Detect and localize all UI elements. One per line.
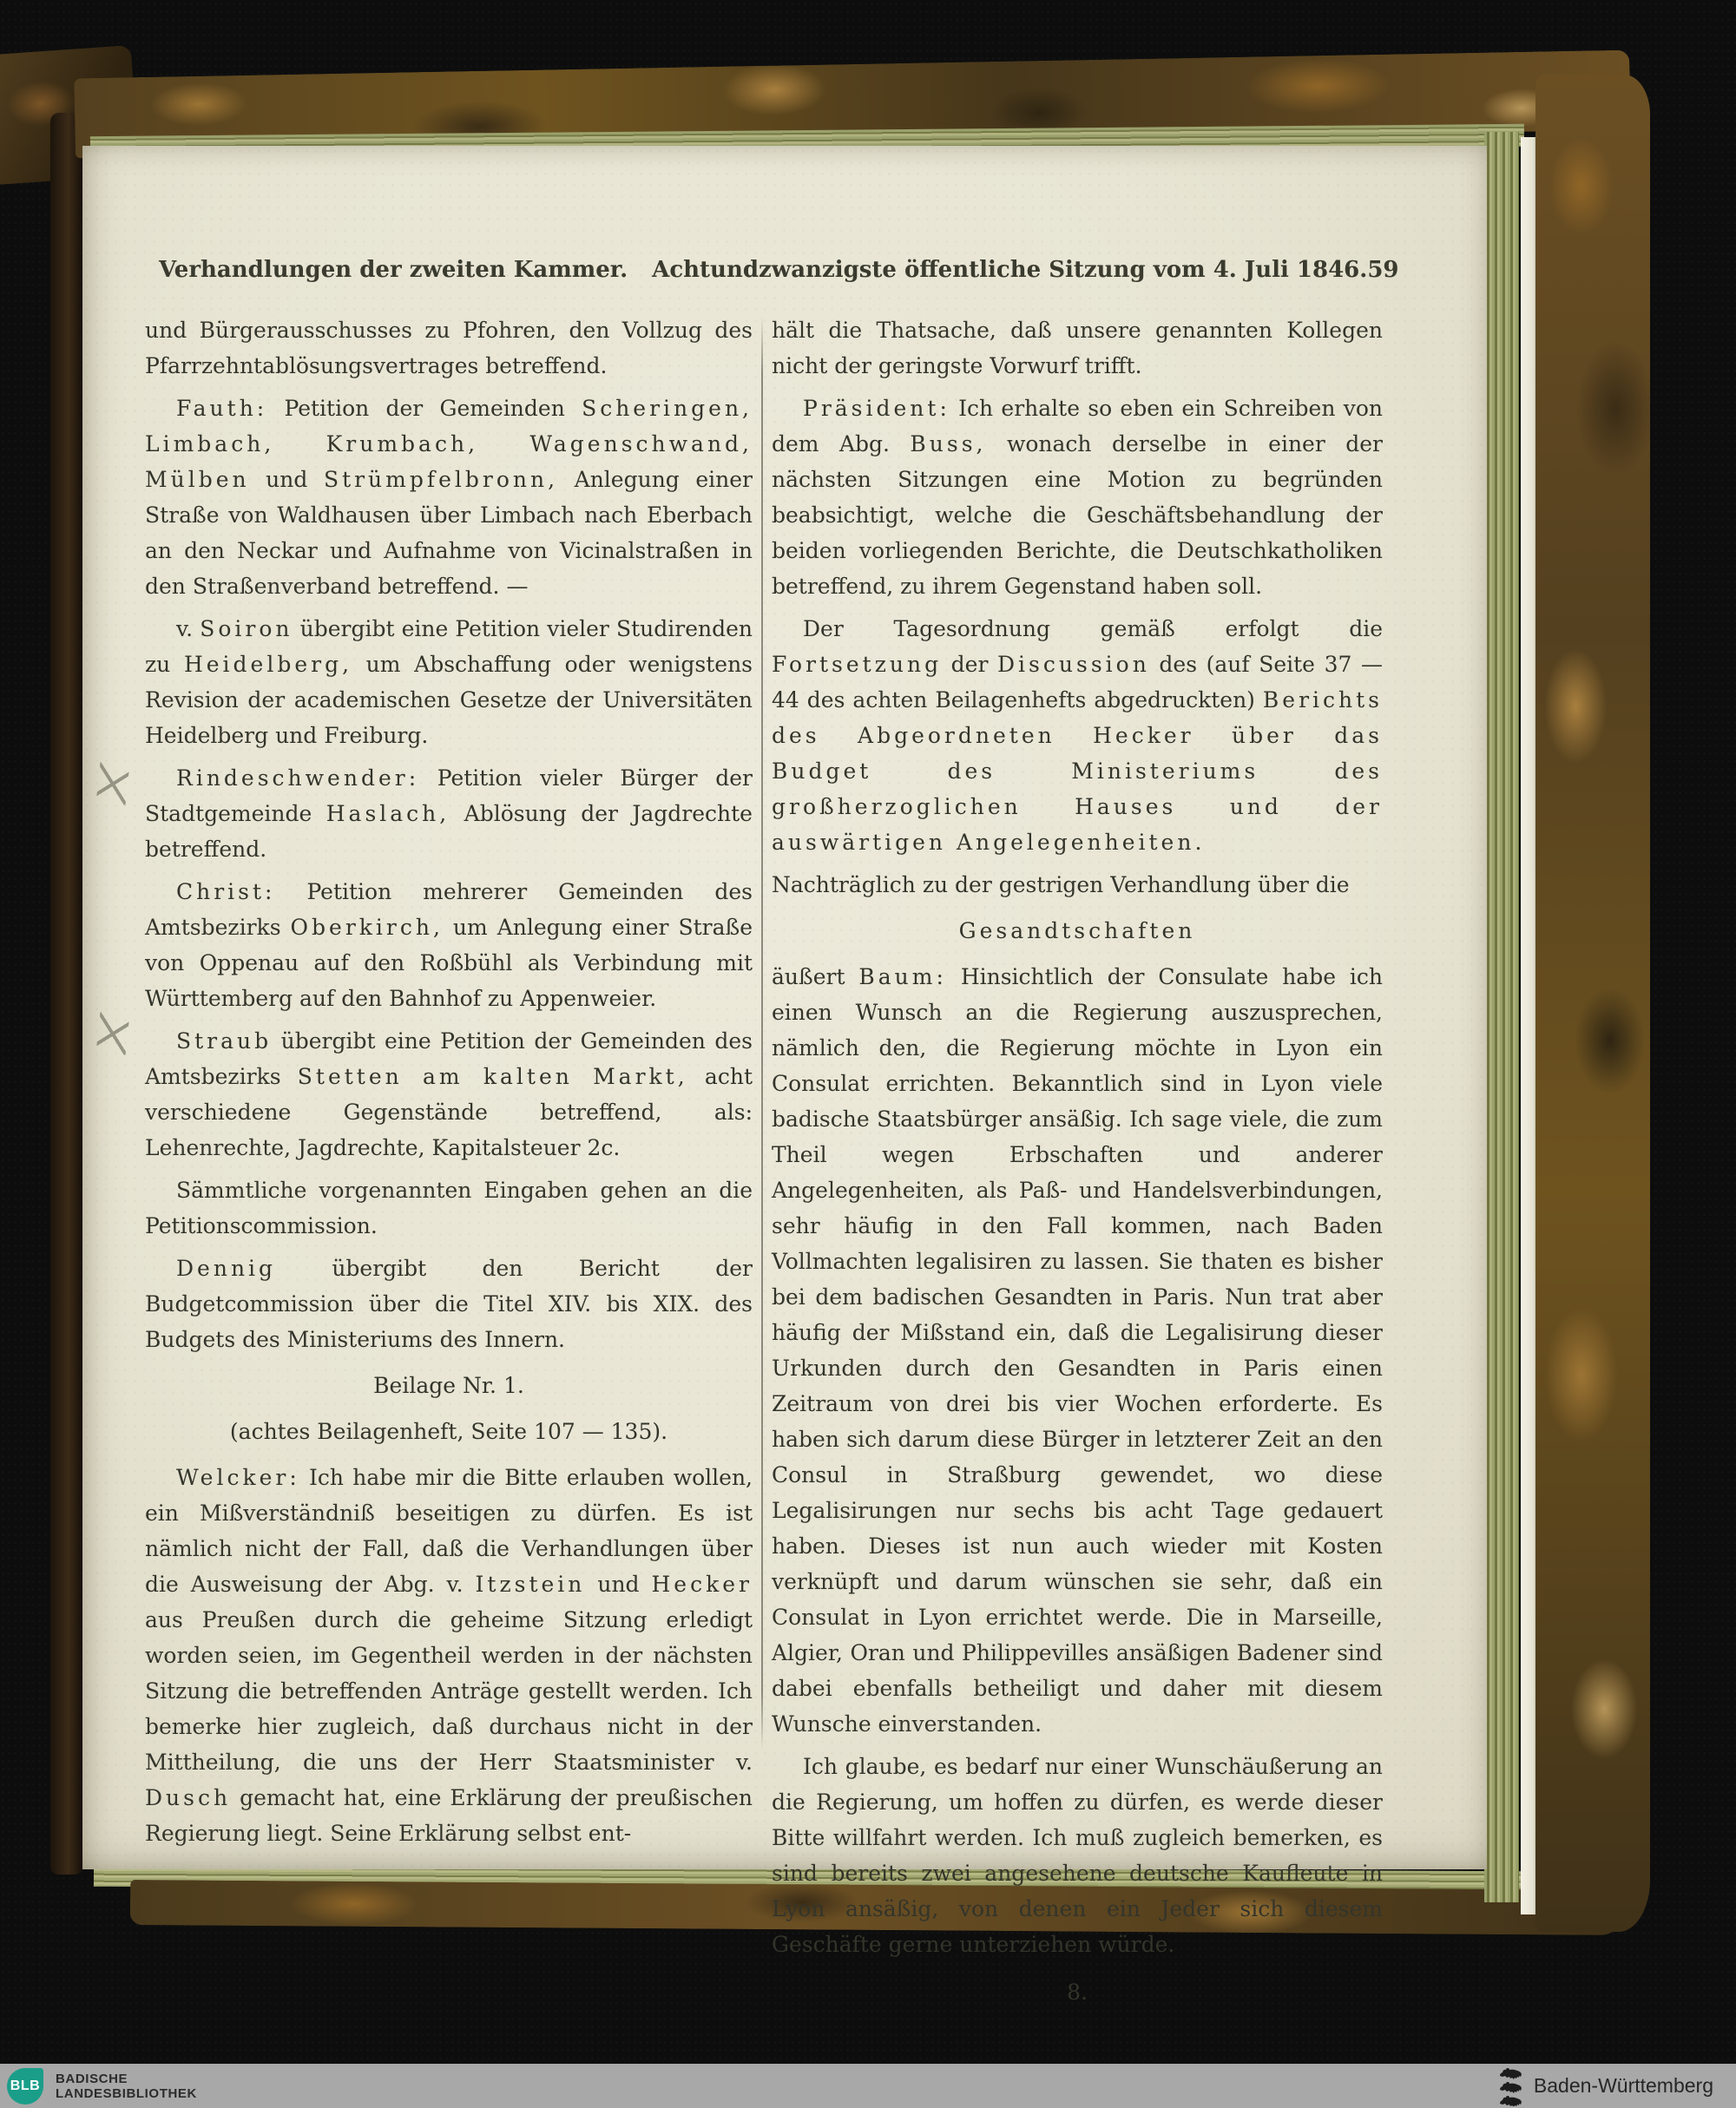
paragraph: Rindeschwender: Petition vieler Bürger d… bbox=[145, 760, 753, 867]
place-name: Strümpfelbronn, bbox=[324, 467, 558, 492]
library-branding: BLB BADISCHE LANDESBIBLIOTHEK bbox=[7, 2068, 197, 2105]
book-page: Verhandlungen der zweiten Kammer. Achtun… bbox=[82, 146, 1487, 1869]
book-spine-left bbox=[50, 113, 83, 1875]
scan-background: Verhandlungen der zweiten Kammer. Achtun… bbox=[0, 0, 1736, 2108]
person-name: Buss, bbox=[910, 431, 986, 456]
paragraph-text: Ich glaube, es bedarf nur einer Wunschäu… bbox=[772, 1754, 1383, 1957]
paragraph: Straub übergibt eine Petition der Gemein… bbox=[145, 1023, 753, 1166]
paragraph: Fauth: Petition der Gemeinden Scheringen… bbox=[145, 391, 753, 604]
library-name-line2: LANDESBIBLIOTHEK bbox=[56, 2086, 197, 2101]
paragraph: Dennig übergibt den Bericht der Budgetco… bbox=[145, 1251, 753, 1357]
paragraph-text: gemacht hat, eine Erklärung der preußisc… bbox=[145, 1785, 753, 1846]
paragraph: Ich glaube, es bedarf nur einer Wunschäu… bbox=[772, 1749, 1383, 1962]
speaker-name: Fauth: bbox=[176, 396, 267, 421]
book-flyleaf-edge bbox=[1521, 137, 1535, 1914]
paragraph-text: und bbox=[250, 467, 324, 492]
paragraph-text: Hinsichtlich der Consulate habe ich eine… bbox=[772, 964, 1383, 1737]
paragraph: v. Soiron übergibt eine Petition vieler … bbox=[145, 611, 753, 753]
paragraph: Präsident: Ich erhalte so eben ein Schre… bbox=[772, 391, 1383, 604]
place-name: Heidelberg, bbox=[184, 652, 352, 677]
paragraph-text: der bbox=[942, 652, 997, 677]
pencil-x-mark bbox=[96, 762, 130, 804]
speaker-name: Rindeschwender: bbox=[176, 765, 419, 791]
paragraph: hält die Thatsache, daß unsere genannten… bbox=[772, 312, 1383, 384]
emphasized-text: Discussion bbox=[997, 652, 1150, 677]
state-label: Baden-Württemberg bbox=[1534, 2074, 1713, 2098]
person-name: Itzstein bbox=[476, 1572, 586, 1597]
paragraph-text: Nachträglich zu der gestrigen Verhandlun… bbox=[772, 872, 1350, 897]
right-column: hält die Thatsache, daß unsere genannten… bbox=[772, 312, 1383, 2017]
running-header-session: Achtundzwanzigste öffentliche Sitzung vo… bbox=[652, 257, 1367, 283]
speaker-name: Präsident: bbox=[803, 396, 950, 421]
paragraph: Sämmtliche vorgenannten Eingaben gehen a… bbox=[145, 1172, 753, 1244]
paragraph: und Bürgerausschusses zu Pfohren, den Vo… bbox=[145, 312, 753, 384]
person-name: Hecker bbox=[651, 1572, 753, 1597]
place-name: Haslach, bbox=[326, 801, 450, 826]
running-header-series: Verhandlungen der zweiten Kammer. bbox=[159, 257, 628, 283]
paragraph: Nachträglich zu der gestrigen Verhandlun… bbox=[772, 867, 1383, 903]
paragraph-text: und Bürgerausschusses zu Pfohren, den Vo… bbox=[145, 318, 753, 378]
paragraph-text: und bbox=[585, 1572, 651, 1597]
paragraph-text: äußert bbox=[772, 964, 858, 989]
place-name: Oberkirch, bbox=[291, 915, 444, 940]
paragraph-text: aus Preußen durch die geheime Sitzung er… bbox=[145, 1607, 753, 1775]
paragraph-text: hält die Thatsache, daß unsere genannten… bbox=[772, 318, 1383, 378]
paragraph: äußert Baum: Hinsichtlich der Consulate … bbox=[772, 959, 1383, 1742]
library-name-line1: BADISCHE bbox=[56, 2072, 197, 2086]
library-name: BADISCHE LANDESBIBLIOTHEK bbox=[56, 2072, 197, 2101]
paragraph: Der Tagesordnung gemäß erfolgt die Forts… bbox=[772, 611, 1383, 860]
speaker-name: Soiron bbox=[200, 616, 293, 641]
speaker-name: Christ: bbox=[176, 879, 275, 904]
gesandtschaften-heading: Gesandtschaften bbox=[772, 913, 1383, 949]
speaker-name: Welcker: bbox=[176, 1465, 300, 1490]
baden-wuerttemberg-lions-icon bbox=[1497, 2066, 1523, 2106]
running-header: Verhandlungen der zweiten Kammer. Achtun… bbox=[159, 257, 1395, 283]
page-number: 59 bbox=[1367, 257, 1398, 283]
book-cover-right-edge bbox=[1535, 75, 1650, 1932]
beilage-heading: Beilage Nr. 1. bbox=[145, 1368, 753, 1403]
paragraph: Welcker: Ich habe mir die Bitte erlauben… bbox=[145, 1460, 753, 1851]
speaker-name: Straub bbox=[176, 1028, 272, 1054]
paragraph-text: Petition der Gemeinden bbox=[267, 396, 582, 421]
blb-logo-text: BLB bbox=[10, 2078, 40, 2094]
left-column: und Bürgerausschusses zu Pfohren, den Vo… bbox=[145, 312, 753, 1858]
place-name: Stetten am kalten Markt, bbox=[298, 1064, 688, 1089]
speaker-name: Baum: bbox=[858, 964, 947, 989]
viewer-footer-bar: BLB BADISCHE LANDESBIBLIOTHEK Baden-Würt… bbox=[0, 2064, 1736, 2108]
blb-logo-icon: BLB bbox=[7, 2068, 43, 2105]
state-branding: Baden-Württemberg bbox=[1497, 2066, 1713, 2106]
paragraph: Christ: Petition mehrerer Gemeinden des … bbox=[145, 874, 753, 1016]
book-page-block-fore-edge bbox=[1484, 132, 1519, 1902]
paragraph-text: Der Tagesordnung gemäß erfolgt die bbox=[803, 616, 1383, 641]
beilage-subheading: (achtes Beilagenheft, Seite 107 — 135). bbox=[145, 1414, 753, 1449]
column-divider-rule bbox=[761, 316, 763, 1750]
signature-mark: 8. bbox=[772, 1974, 1383, 2010]
paragraph-text: Sämmtliche vorgenannten Eingaben gehen a… bbox=[145, 1178, 753, 1238]
speaker-name: Dennig bbox=[176, 1256, 276, 1281]
emphasized-text: Fortsetzung bbox=[772, 652, 942, 677]
pencil-x-mark bbox=[96, 1012, 130, 1054]
paragraph-text: v. bbox=[176, 616, 200, 641]
person-name: Dusch bbox=[145, 1785, 231, 1810]
